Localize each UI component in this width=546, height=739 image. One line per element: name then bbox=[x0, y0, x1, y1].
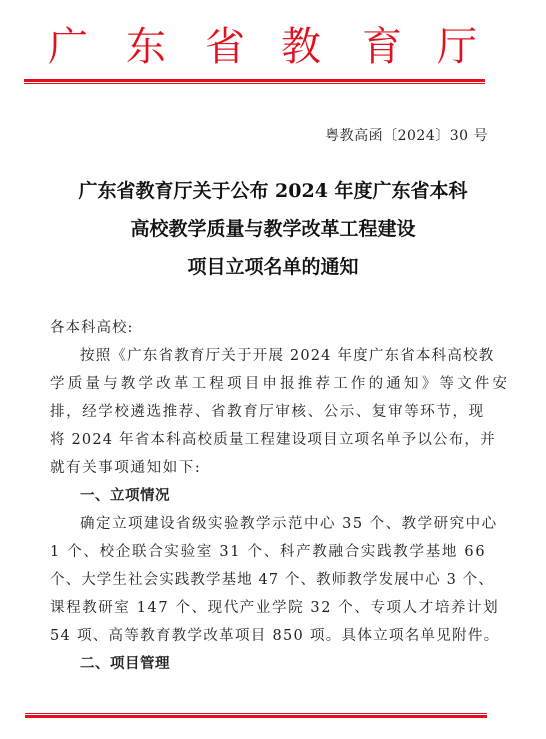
masthead-char: 东 bbox=[126, 22, 166, 72]
title-line: 项目立项名单的通知 bbox=[0, 248, 546, 286]
masthead-char: 广 bbox=[48, 22, 88, 72]
bottom-rule-thick bbox=[25, 715, 487, 718]
section-heading-1: 一、立项情况 bbox=[50, 482, 496, 510]
salutation: 各本科高校: bbox=[50, 314, 496, 342]
paragraph-line: 确定立项建设省级实验教学示范中心 35 个、教学研究中心 bbox=[50, 510, 496, 538]
document-body: 各本科高校: 按照《广东省教育厅关于开展 2024 年度广东省本科高校教 学质量… bbox=[50, 314, 496, 678]
masthead-char: 育 bbox=[362, 22, 402, 72]
paragraph-line: 将 2024 年省本科高校质量工程建设项目立项名单予以公布，并 bbox=[50, 426, 496, 454]
paragraph-line: 课程教研室 147 个、现代产业学院 32 个、专项人才培养计划 bbox=[50, 594, 496, 622]
document-number: 粤教高函〔2024〕30 号 bbox=[325, 125, 488, 145]
bottom-rule-thin bbox=[25, 713, 487, 714]
masthead-char: 厅 bbox=[437, 22, 477, 72]
document-title: 广东省教育厅关于公布 2024 年度广东省本科 高校教学质量与教学改革工程建设 … bbox=[0, 172, 546, 286]
top-rule-thin bbox=[24, 83, 485, 84]
paragraph-line: 按照《广东省教育厅关于开展 2024 年度广东省本科高校教 bbox=[50, 342, 496, 370]
paragraph-line: 学质量与教学改革工程项目申报推荐工作的通知》等文件安 bbox=[50, 370, 496, 398]
title-line: 广东省教育厅关于公布 2024 年度广东省本科 bbox=[0, 172, 546, 210]
masthead: 广 东 省 教 育 厅 bbox=[0, 22, 546, 72]
title-line: 高校教学质量与教学改革工程建设 bbox=[0, 210, 546, 248]
paragraph-line: 54 项、高等教育教学改革项目 850 项。具体立项名单见附件。 bbox=[50, 622, 496, 650]
masthead-char: 教 bbox=[281, 22, 321, 72]
paragraph-line: 排，经学校遴选推荐、省教育厅审核、公示、复审等环节，现 bbox=[50, 398, 496, 426]
paragraph-line: 个、大学生社会实践教学基地 47 个、教师教学发展中心 3 个、 bbox=[50, 566, 496, 594]
section-heading-2: 二、项目管理 bbox=[50, 650, 496, 678]
paragraph-line: 1 个、校企联合实验室 31 个、科产教融合实践教学基地 66 bbox=[50, 538, 496, 566]
masthead-char: 省 bbox=[205, 22, 245, 72]
paragraph-line: 就有关事项通知如下: bbox=[50, 454, 496, 482]
top-rule-thick bbox=[24, 79, 485, 82]
